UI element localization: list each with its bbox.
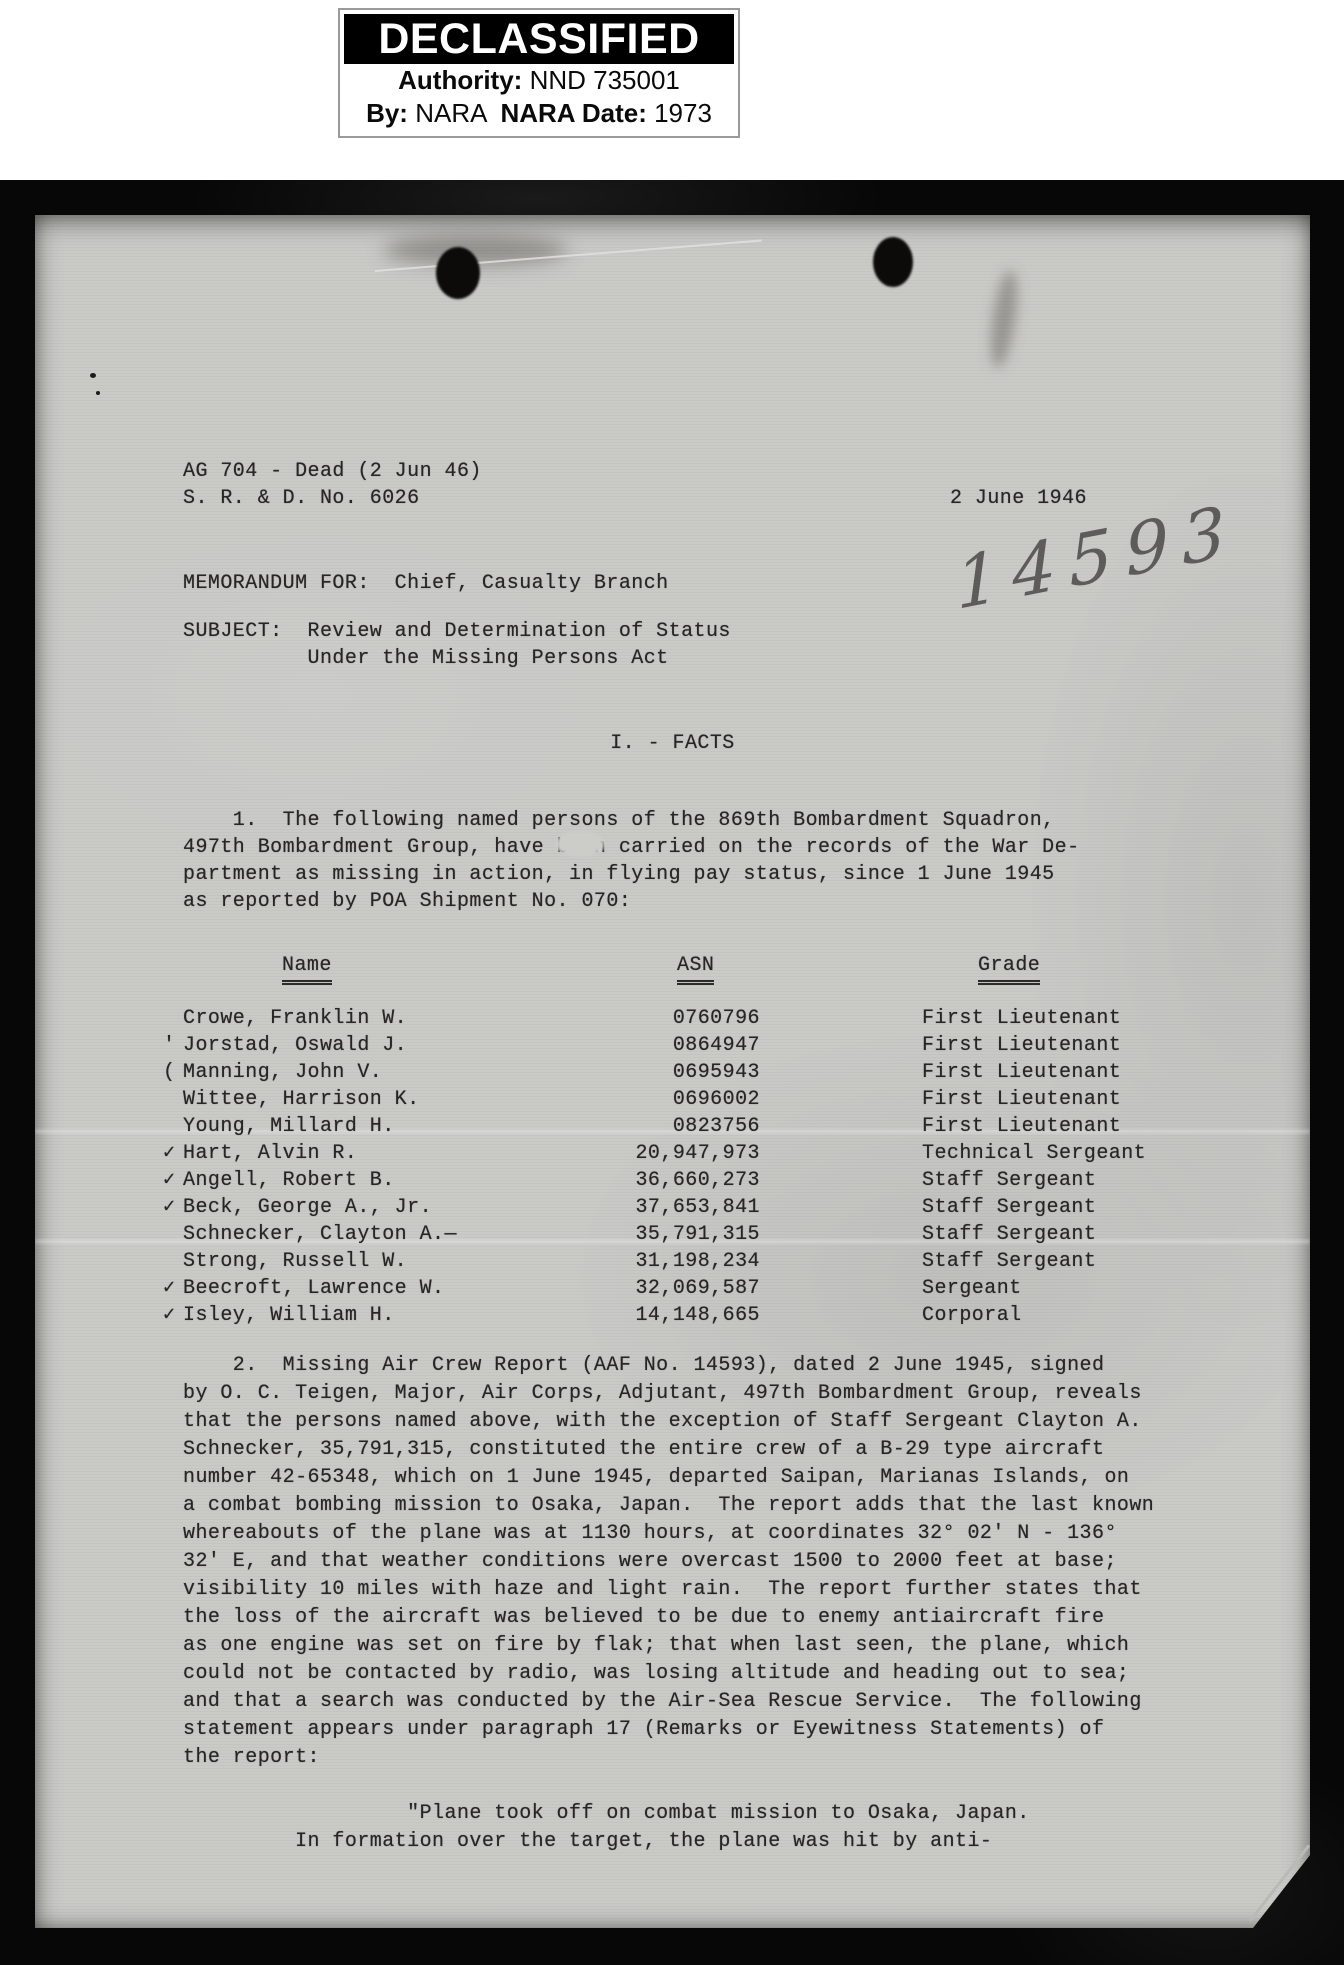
section-heading: I. - FACTS	[35, 730, 1310, 757]
person-asn: 0864947	[595, 1032, 760, 1059]
person-asn: 0695943	[595, 1059, 760, 1086]
paragraph-1: 1. The following named persons of the 86…	[183, 807, 1080, 915]
person-asn: 35,791,315	[595, 1221, 760, 1248]
person-asn: 20,947,973	[595, 1140, 760, 1167]
stamp-by-line: By: NARA NARA Date: 1973	[344, 97, 734, 130]
declassified-stamp: DECLASSIFIED Authority: NND 735001 By: N…	[338, 8, 740, 138]
person-grade: Sergeant	[922, 1275, 1022, 1302]
table-row: ✓Hart, Alvin R.20,947,973Technical Serge…	[35, 1140, 1310, 1167]
person-asn: 0760796	[595, 1005, 760, 1032]
person-grade: First Lieutenant	[922, 1113, 1121, 1140]
person-name: Beecroft, Lawrence W.	[183, 1275, 445, 1302]
person-grade: Staff Sergeant	[922, 1167, 1096, 1194]
row-annotation-mark: ✓	[163, 1275, 176, 1302]
table-row: Crowe, Franklin W.0760796First Lieutenan…	[35, 1005, 1310, 1032]
person-name: Strong, Russell W.	[183, 1248, 407, 1275]
person-grade: Technical Sergeant	[922, 1140, 1146, 1167]
person-grade: First Lieutenant	[922, 1005, 1121, 1032]
person-name: Beck, George A., Jr.	[183, 1194, 432, 1221]
person-grade: Corporal	[922, 1302, 1022, 1329]
person-grade: First Lieutenant	[922, 1086, 1121, 1113]
date-line: 2 June 1946	[950, 485, 1087, 512]
person-asn: 37,653,841	[595, 1194, 760, 1221]
table-row: ✓Angell, Robert B.36,660,273Staff Sergea…	[35, 1167, 1310, 1194]
by-value: NARA	[415, 98, 486, 128]
person-asn: 0823756	[595, 1113, 760, 1140]
document-page: AG 704 - Dead (2 Jun 46) S. R. & D. No. …	[35, 215, 1310, 1928]
person-asn: 32,069,587	[595, 1275, 760, 1302]
person-asn: 0696002	[595, 1086, 760, 1113]
person-grade: Staff Sergeant	[922, 1194, 1096, 1221]
person-name: Hart, Alvin R.	[183, 1140, 357, 1167]
person-name: Crowe, Franklin W.	[183, 1005, 407, 1032]
table-row: Young, Millard H.0823756First Lieutenant	[35, 1113, 1310, 1140]
stain-streak	[986, 269, 1021, 369]
table-header-name: Name	[282, 952, 332, 985]
stamp-authority-line: Authority: NND 735001	[344, 64, 734, 97]
table-row: Wittee, Harrison K.0696002First Lieutena…	[35, 1086, 1310, 1113]
row-annotation-mark: ✓	[163, 1140, 176, 1167]
authority-value: NND 735001	[530, 65, 680, 95]
table-row: Strong, Russell W.31,198,234Staff Sergea…	[35, 1248, 1310, 1275]
by-label: By:	[366, 98, 408, 128]
person-grade: First Lieutenant	[922, 1059, 1121, 1086]
memorandum-line: MEMORANDUM FOR: Chief, Casualty Branch	[183, 570, 669, 597]
ink-blot	[873, 237, 913, 287]
ink-blot	[436, 247, 480, 299]
person-grade: First Lieutenant	[922, 1032, 1121, 1059]
ink-speck	[96, 391, 100, 395]
declassified-banner: DECLASSIFIED	[344, 14, 734, 64]
person-name: Isley, William H.	[183, 1302, 395, 1329]
row-annotation-mark: ✓	[163, 1302, 176, 1329]
row-annotation-mark: '	[163, 1032, 175, 1059]
person-name: Schnecker, Clayton A.—	[183, 1221, 457, 1248]
person-grade: Staff Sergeant	[922, 1248, 1096, 1275]
person-name: Young, Millard H.	[183, 1113, 395, 1140]
person-name: Manning, John V.	[183, 1059, 382, 1086]
table-row: ✓Isley, William H.14,148,665Corporal	[35, 1302, 1310, 1329]
authority-label: Authority:	[398, 65, 522, 95]
eyewitness-quote: "Plane took off on combat mission to Osa…	[183, 1800, 1030, 1856]
table-row: ✓Beecroft, Lawrence W.32,069,587Sergeant	[35, 1275, 1310, 1302]
table-row: (Manning, John V.0695943First Lieutenant	[35, 1059, 1310, 1086]
nara-date-value: 1973	[654, 98, 712, 128]
person-asn: 36,660,273	[595, 1167, 760, 1194]
person-asn: 14,148,665	[595, 1302, 760, 1329]
table-row: Schnecker, Clayton A.—35,791,315Staff Se…	[35, 1221, 1310, 1248]
table-row: 'Jorstad, Oswald J.0864947First Lieutena…	[35, 1032, 1310, 1059]
file-reference-line-1: AG 704 - Dead (2 Jun 46)	[183, 458, 482, 485]
row-annotation-mark: ✓	[163, 1167, 176, 1194]
row-annotation-mark: ✓	[163, 1194, 176, 1221]
scan-background: AG 704 - Dead (2 Jun 46) S. R. & D. No. …	[0, 180, 1344, 1965]
person-name: Wittee, Harrison K.	[183, 1086, 420, 1113]
paragraph-2: 2. Missing Air Crew Report (AAF No. 1459…	[183, 1352, 1154, 1772]
table-header-asn: ASN	[677, 952, 714, 985]
ink-speck	[90, 373, 96, 378]
paper-damage-spot	[555, 831, 605, 857]
table-row: ✓Beck, George A., Jr.37,653,841Staff Ser…	[35, 1194, 1310, 1221]
person-grade: Staff Sergeant	[922, 1221, 1096, 1248]
person-asn: 31,198,234	[595, 1248, 760, 1275]
file-reference-line-2: S. R. & D. No. 6026	[183, 485, 420, 512]
table-header-grade: Grade	[978, 952, 1040, 985]
nara-date-label: NARA Date:	[500, 98, 646, 128]
corner-fold	[1249, 1845, 1310, 1922]
person-name: Angell, Robert B.	[183, 1167, 395, 1194]
person-name: Jorstad, Oswald J.	[183, 1032, 407, 1059]
subject-block: SUBJECT: Review and Determination of Sta…	[183, 618, 731, 672]
row-annotation-mark: (	[163, 1059, 175, 1086]
